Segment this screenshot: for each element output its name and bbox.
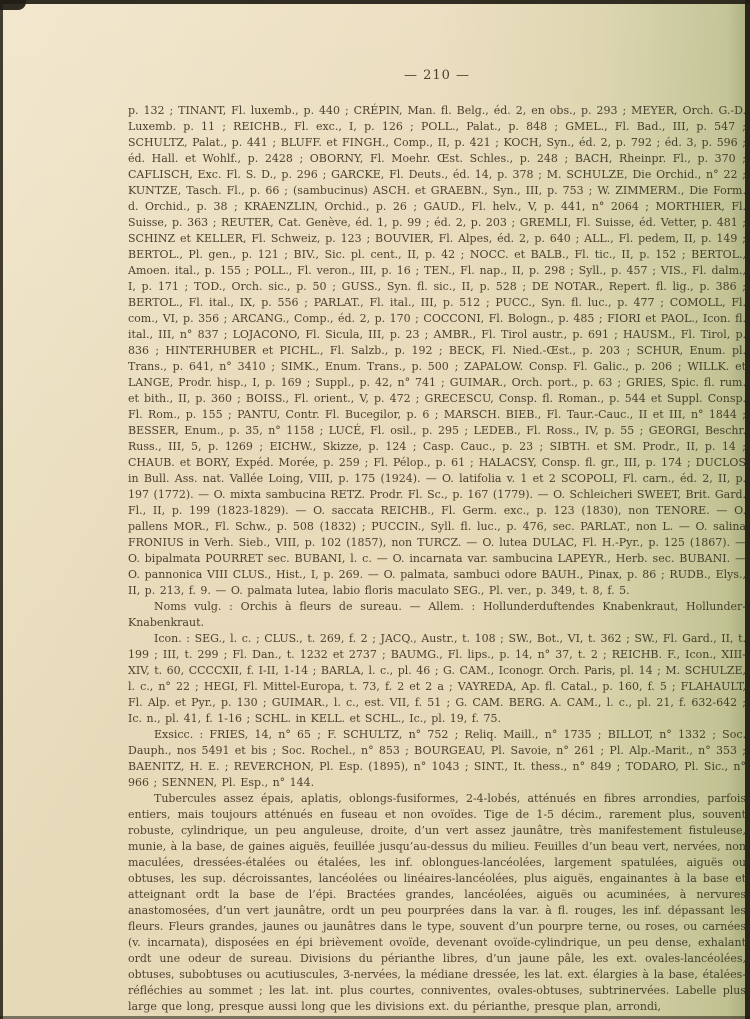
botanical-description-paragraph: Tubercules assez épais, aplatis, oblongs… — [128, 791, 746, 1015]
common-names-paragraph: Noms vulg. : Orchis à fleurs de sureau. … — [128, 599, 746, 631]
page-number: — 210 — — [128, 68, 746, 83]
exsiccata-paragraph: Exsicc. : FRIES, 14, n° 65 ; F. SCHULTZ,… — [128, 727, 746, 791]
page-body-text: p. 132 ; TINANT, Fl. luxemb., p. 440 ; C… — [128, 103, 746, 1015]
scanned-page: — 210 — p. 132 ; TINANT, Fl. luxemb., p.… — [0, 0, 750, 1019]
scan-edge-top — [0, 0, 750, 4]
synonymy-citations-paragraph: p. 132 ; TINANT, Fl. luxemb., p. 440 ; C… — [128, 103, 746, 599]
iconography-paragraph: Icon. : SEG., l. c. ; CLUS., t. 269, f. … — [128, 631, 746, 727]
scan-edge-left — [0, 0, 3, 1019]
